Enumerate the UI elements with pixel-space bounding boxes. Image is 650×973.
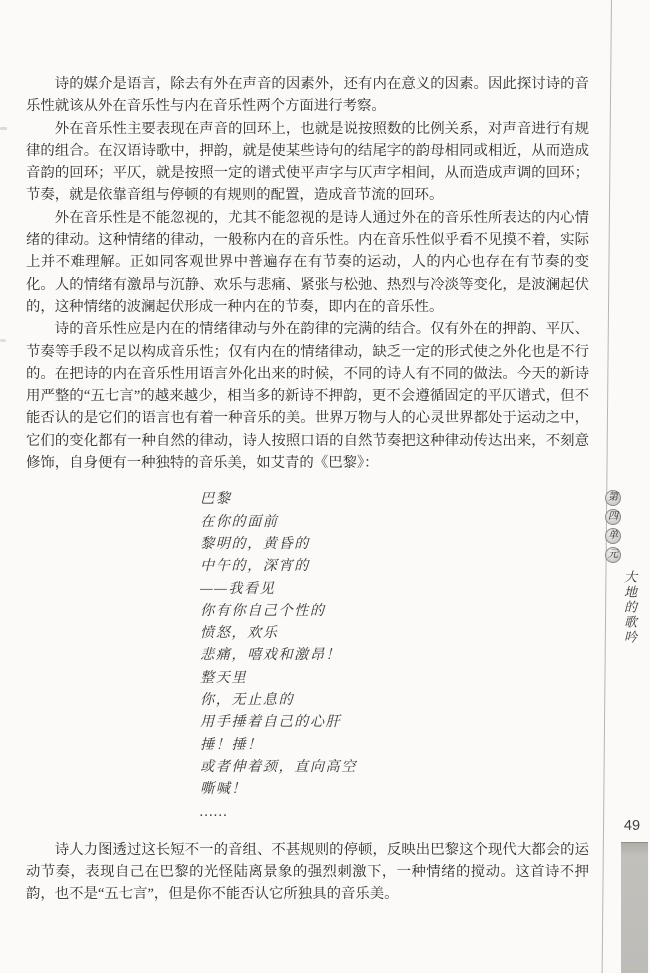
paragraph-1: 诗的媒介是语言，除去有外在声音的因素外，还有内在意义的因素。因此探讨诗的音乐性就…: [26, 73, 589, 118]
badge-char-circle: 第: [605, 490, 621, 506]
poem-line: 中午的，深宵的: [200, 555, 589, 577]
paragraph-4: 诗的音乐性应是内在的情绪律动与外在韵律的完满的结合。仅有外在的押韵、平仄、节奏等…: [26, 318, 589, 474]
poem-line: 用手捶着自己的心肝: [200, 711, 589, 733]
poem-line: 你有你自己个性的: [200, 600, 589, 622]
badge-char-circle: 四: [605, 509, 621, 525]
poem-line: 悲痛，嘻戏和激昂！: [200, 644, 589, 666]
poem-line: 在你的面前: [200, 511, 589, 533]
textbook-page: 诗的媒介是语言，除去有外在声音的因素外，还有内在意义的因素。因此探讨诗的音乐性就…: [0, 0, 650, 973]
poem-line: 捶！捶！: [200, 734, 589, 756]
poem-line: 或者伸着颈，直向高空: [200, 756, 589, 778]
poem-line: 愤怒，欢乐: [200, 622, 589, 644]
poem-title-line: 巴黎: [200, 488, 589, 510]
badge-char-circle: 单: [605, 528, 621, 544]
unit-title-vertical: 大地的歌吟: [620, 570, 639, 645]
poem-line: 你，无止息的: [200, 689, 589, 711]
poem-line: ——我看见: [200, 578, 589, 600]
paragraph-5: 诗人力图透过这长短不一的音组、不甚规则的停顿，反映出巴黎这个现代大都会的运动节奏…: [26, 839, 589, 906]
poem-ellipsis-line: ……: [200, 801, 589, 823]
scan-artifact: [0, 127, 7, 130]
poem-bali-excerpt: 巴黎 在你的面前 黎明的，黄昏的 中午的，深宵的 ——我看见 你有你自己个性的 …: [200, 488, 589, 822]
poem-line: 嘶喊！: [200, 778, 589, 800]
paragraph-3: 外在音乐性是不能忽视的，尤其不能忽视的是诗人通过外在的音乐性所表达的内心情绪的律…: [26, 207, 589, 318]
scan-artifact: [0, 339, 6, 342]
margin-divider-line: [602, 0, 612, 973]
page-number: 49: [617, 818, 647, 834]
page-edge-tab: [621, 842, 648, 973]
unit-number-badge: 第 四 单 元: [605, 490, 621, 563]
badge-char-circle: 元: [605, 547, 621, 563]
poem-line: 整天里: [200, 667, 589, 689]
article-body: 诗的媒介是语言，除去有外在声音的因素外，还有内在意义的因素。因此探讨诗的音乐性就…: [26, 73, 589, 906]
paragraph-2: 外在音乐性主要表现在声音的回环上，也就是说按照数的比例关系，对声音进行有规律的组…: [26, 118, 589, 207]
poem-line: 黎明的，黄昏的: [200, 533, 589, 555]
